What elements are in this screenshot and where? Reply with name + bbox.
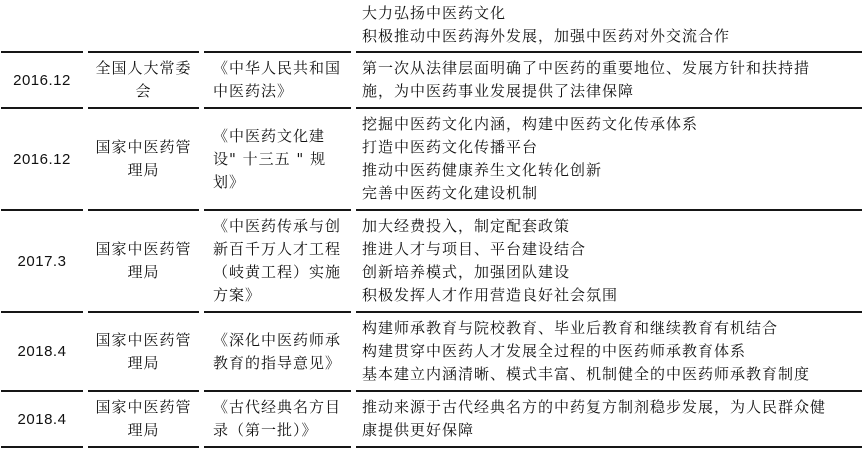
title-cell: 《中医药文化建 设" 十三五 " 规 划》	[204, 109, 351, 211]
table-row: 2018.4 国家中医药管 理局 《古代经典名方目 录（第一批）》 推动来源于古…	[1, 392, 862, 448]
agency-cell: 国家中医药管 理局	[88, 109, 199, 211]
content-cell: 构建师承教育与院校教育、毕业后教育和继续教育有机结合 构建贯穿中医药人才发展全过…	[356, 313, 862, 392]
policy-table: 大力弘扬中医药文化 积极推动中医药海外发展，加强中医药对外交流合作 2016.1…	[0, 0, 863, 448]
content-cell: 加大经费投入，制定配套政策 推进人才与项目、平台建设结合 创新培养模式，加强团队…	[356, 211, 862, 313]
title-cell: 《古代经典名方目 录（第一批）》	[204, 392, 351, 448]
date-cell: 2018.4	[1, 392, 83, 448]
table-row: 2016.12 国家中医药管 理局 《中医药文化建 设" 十三五 " 规 划》 …	[1, 109, 862, 211]
title-cell: 《中医药传承与创 新百千万人才工程 （岐黄工程）实施 方案》	[204, 211, 351, 313]
content-cell: 推动来源于古代经典名方的中药复方制剂稳步发展，为人民群众健 康提供更好保障	[356, 392, 862, 448]
agency-cell: 国家中医药管 理局	[88, 211, 199, 313]
table-row: 2016.12 全国人大常委 会 《中华人民共和国 中医药法》 第一次从法律层面…	[1, 53, 862, 109]
agency-cell: 国家中医药管 理局	[88, 392, 199, 448]
content-cell: 第一次从法律层面明确了中医药的重要地位、发展方针和扶持措 施，为中医药事业发展提…	[356, 53, 862, 109]
date-cell: 2016.12	[1, 109, 83, 211]
date-cell: 2017.3	[1, 211, 83, 313]
title-cell: 《中华人民共和国 中医药法》	[204, 53, 351, 109]
agency-cell	[88, 0, 199, 53]
date-cell: 2016.12	[1, 53, 83, 109]
table-row: 大力弘扬中医药文化 积极推动中医药海外发展，加强中医药对外交流合作	[1, 0, 862, 53]
title-cell: 《深化中医药师承 教育的指导意见》	[204, 313, 351, 392]
document-page: 大力弘扬中医药文化 积极推动中医药海外发展，加强中医药对外交流合作 2016.1…	[0, 0, 863, 460]
agency-cell: 全国人大常委 会	[88, 53, 199, 109]
date-cell	[1, 0, 83, 53]
table-row: 2018.4 国家中医药管 理局 《深化中医药师承 教育的指导意见》 构建师承教…	[1, 313, 862, 392]
content-cell: 大力弘扬中医药文化 积极推动中医药海外发展，加强中医药对外交流合作	[356, 0, 862, 53]
date-cell: 2018.4	[1, 313, 83, 392]
title-cell	[204, 0, 351, 53]
table-row: 2017.3 国家中医药管 理局 《中医药传承与创 新百千万人才工程 （岐黄工程…	[1, 211, 862, 313]
content-cell: 挖掘中医药文化内涵，构建中医药文化传承体系 打造中医药文化传播平台 推动中医药健…	[356, 109, 862, 211]
agency-cell: 国家中医药管 理局	[88, 313, 199, 392]
